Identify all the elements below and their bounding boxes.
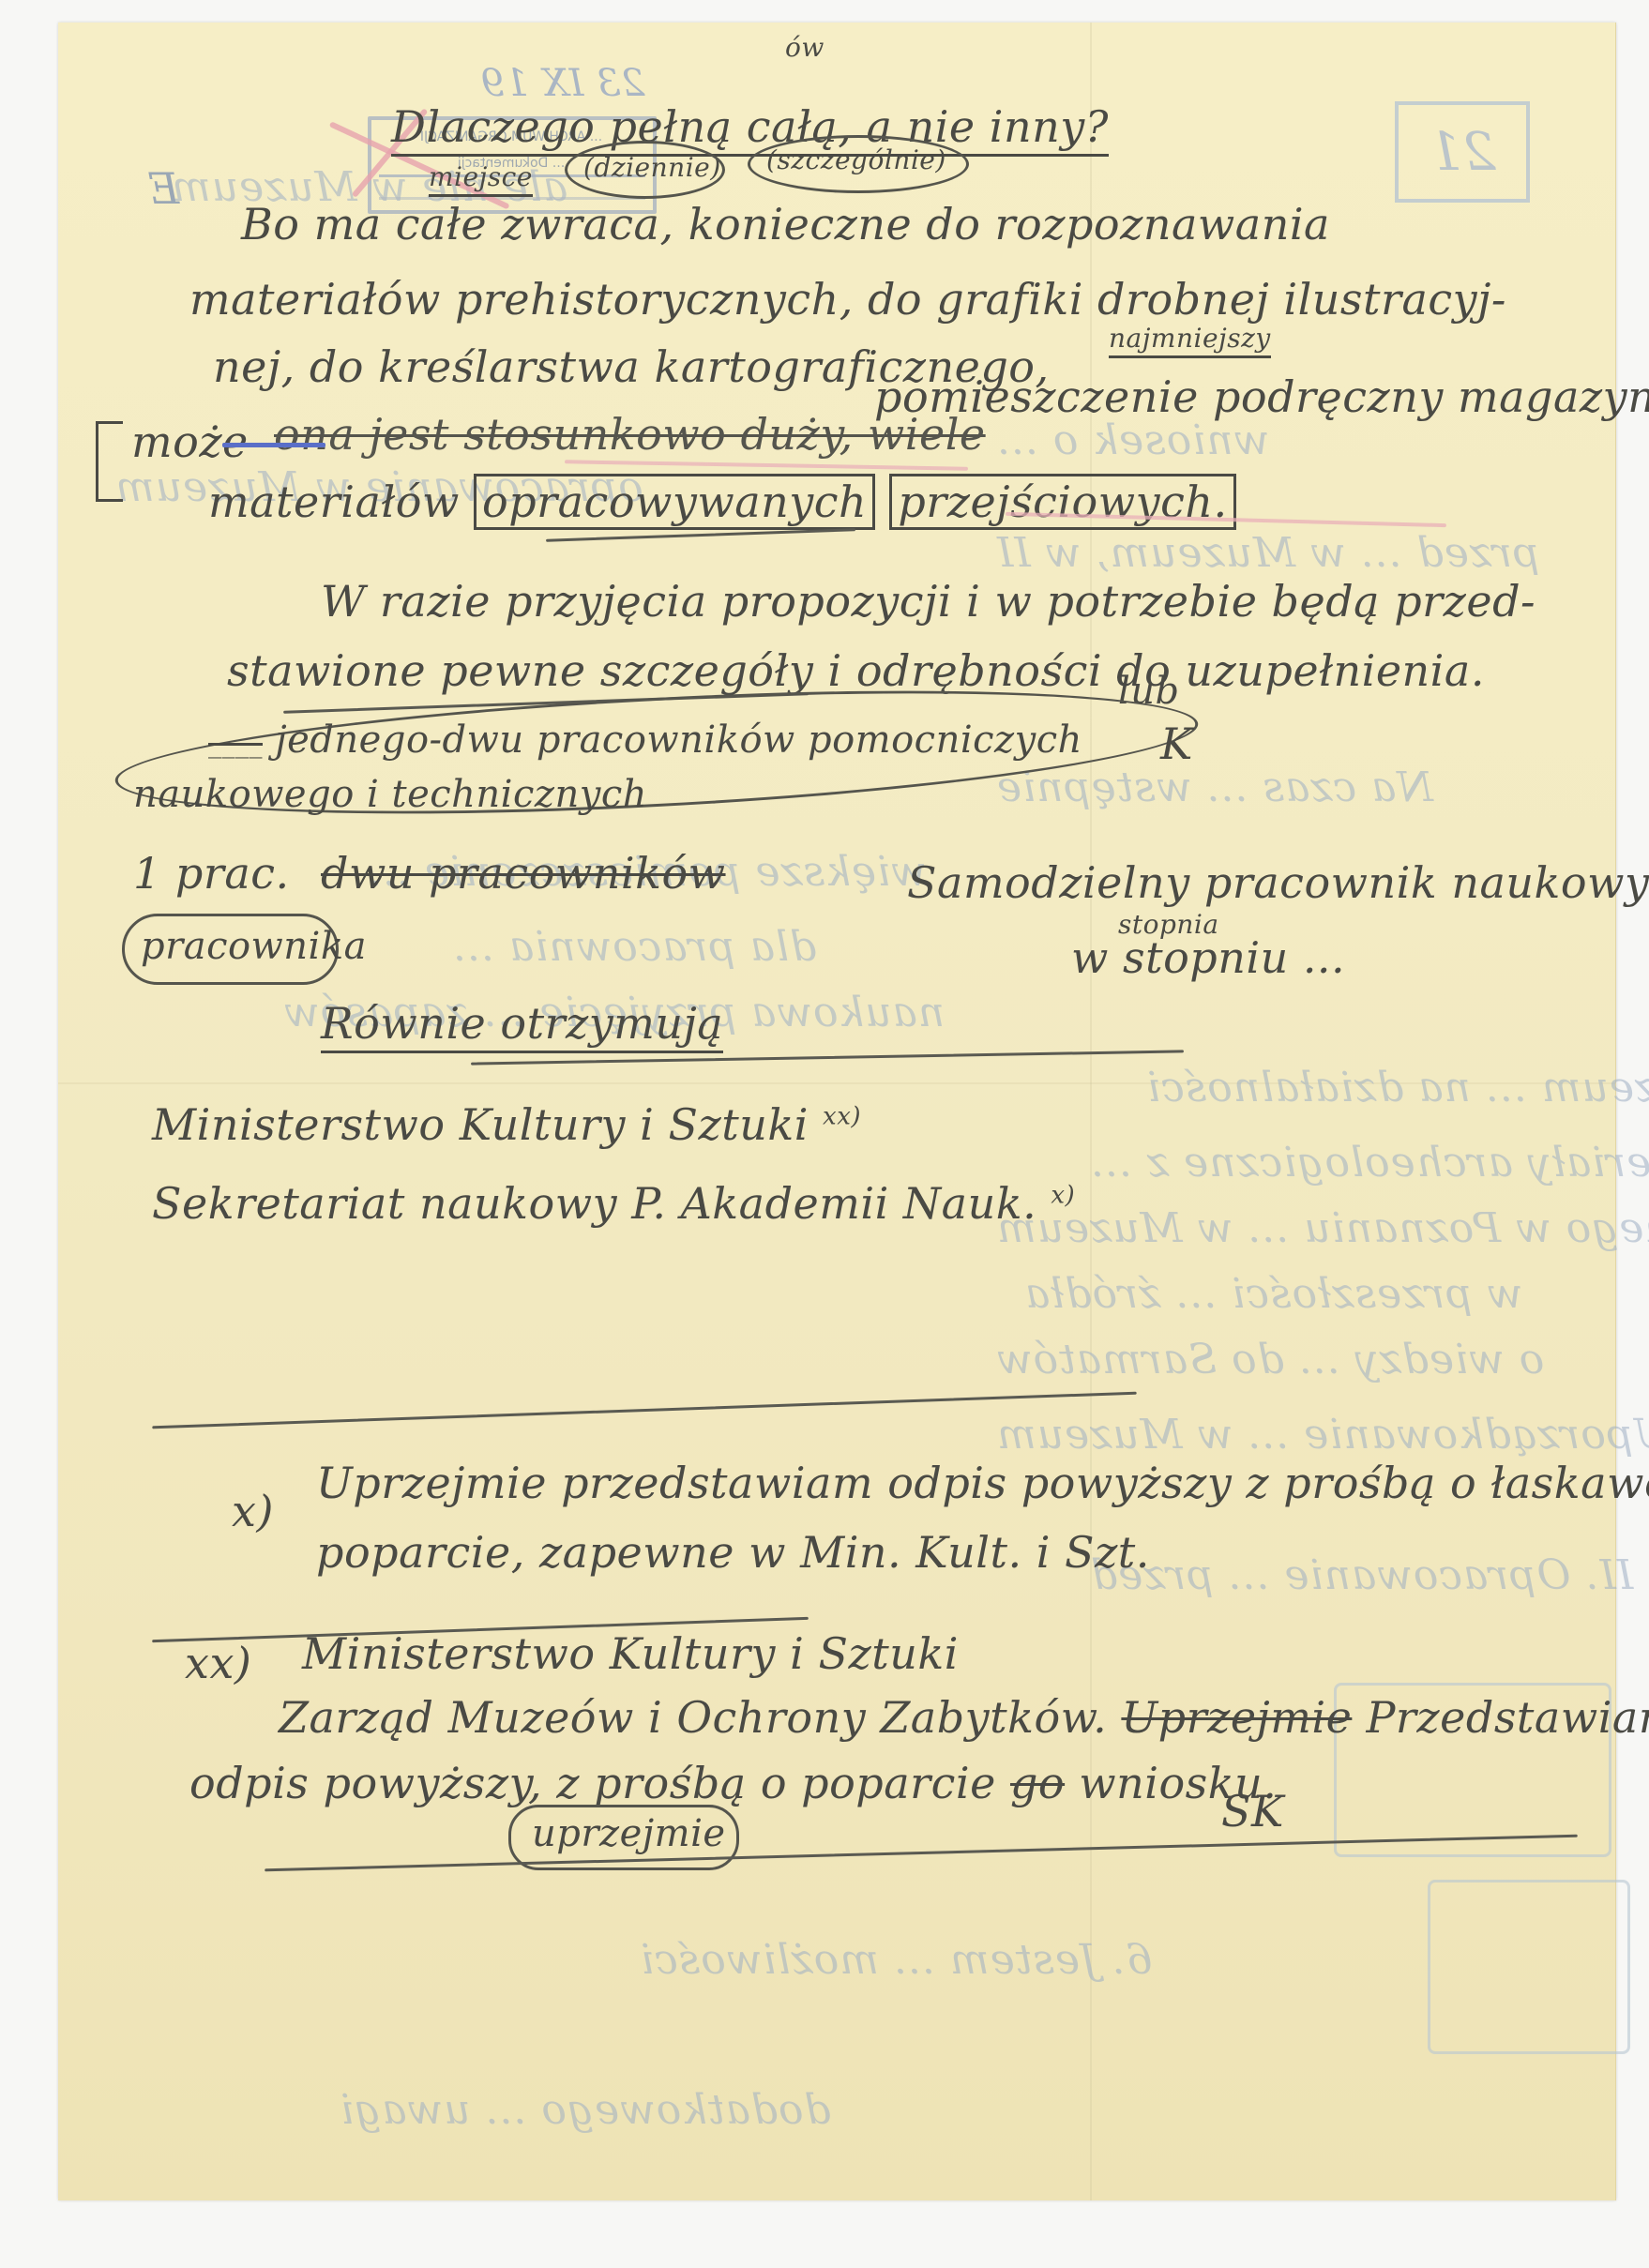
show-through-text: 3. W Muzeum ... na działalności (1146, 1064, 1649, 1111)
boxed-przejsciowych: przejściowych. (889, 474, 1235, 530)
show-through-text: przed ... w Muzeum, w II (996, 529, 1539, 577)
show-through-text: Na czas ... wstępnie (996, 764, 1433, 811)
footnote1-mark: x) (232, 1486, 274, 1536)
footnote2-struck-go: go (1010, 1758, 1065, 1808)
para1-line1: Bo ma całe zwraca, konieczne do rozpozna… (241, 199, 1330, 249)
show-through-text: dla pracownia ... (452, 923, 816, 971)
page-number: 21 (1399, 122, 1526, 183)
para2-circled-word: pracownika (141, 925, 367, 968)
para2-line4-right: w stopniu ... (1071, 932, 1345, 983)
para1-line5: materiałów opracowywanych przejściowych. (208, 476, 1236, 527)
para2-line3-struck: dwu pracowników (321, 848, 726, 899)
show-through-text: o wiedzy ... do Sarmatów (996, 1336, 1544, 1383)
para2-line1: W razie przyjęcia propozycji i w potrzeb… (321, 576, 1536, 627)
margin-initial: E (147, 163, 179, 214)
insertion-loop (565, 141, 725, 199)
para2-line3-right: Samodzielny pracownik naukowy (907, 857, 1649, 908)
footnote2-mark: xx) (185, 1638, 251, 1688)
para2-line3-prefix: 1 prac. (133, 848, 290, 899)
show-through-box (1428, 1880, 1630, 2054)
footnote-ref-x: x) (1051, 1182, 1075, 1210)
insertion-miejsce: miejsce (429, 161, 533, 192)
heading-insertion: ów (785, 32, 824, 63)
insertion-loop (748, 135, 969, 193)
boxed-opracowywanych: opracowywanych (474, 474, 875, 530)
signature-initials: SK (1221, 1786, 1284, 1837)
para1-line4-prefix: może (131, 416, 249, 467)
footnote2-line1: Ministerstwo Kultury i Sztuki (302, 1628, 959, 1679)
recipient-item-1: Ministerstwo Kultury i Sztuki xx) (152, 1099, 861, 1150)
insertion-najmniejszy: najmniejszy (1109, 323, 1271, 354)
show-through-text: w przeszłości ... źródła (1024, 1270, 1522, 1318)
margin-bracket (96, 421, 123, 502)
heading-text: Dlaczego pełną całą, a nie inny? (391, 101, 1109, 157)
check-mark-k: K (1160, 718, 1193, 769)
footnote1-line1: Uprzejmie przedstawiam odpis powyższy z … (316, 1458, 1649, 1508)
footnote2-struck-word: Uprzejmie (1121, 1692, 1352, 1743)
show-through-text: Uporządkowanie ... w Muzeum (996, 1411, 1649, 1459)
divider-line (152, 1392, 1136, 1429)
para1-line2: materiałów prehistorycznych, do grafiki … (189, 274, 1506, 325)
footnote2-line2: Zarząd Muzeów i Ochrony Zabytków. Uprzej… (279, 1692, 1649, 1743)
recipient-item-2: Sekretariat naukowy P. Akademii Nauk. x) (152, 1178, 1075, 1229)
para1-line3b: pomieszczenie podręczny magazyn (874, 371, 1649, 422)
paper-fold-vertical (1090, 23, 1092, 2200)
manuscript-page: ale nie w Muzeum wniosek o ... opracowan… (58, 23, 1616, 2200)
show-through-text: dodatkowego ... uwagi (340, 2086, 831, 2134)
heading: Dlaczego pełną całą, a nie inny? (391, 101, 1109, 152)
recipients-heading: Równie otrzymują (321, 998, 723, 1049)
page-number-box: 21 (1395, 101, 1530, 203)
oval-line2: naukowego i technicznych (133, 773, 647, 816)
show-through-text: 2. Materiały archeologiczne z ... (1090, 1139, 1649, 1187)
blue-pencil-strike (222, 443, 325, 447)
footnote2-line3: odpis powyższy, z prośbą o poparcie go w… (189, 1758, 1277, 1808)
oval-line1: ____ jednego-dwu pracowników pomocniczyc… (208, 718, 1082, 762)
footnote-ref-xx: xx) (823, 1103, 861, 1131)
show-through-text: II. Opracowanie ... przed (1090, 1551, 1633, 1599)
show-through-text: jednego w Poznaniu ... w Muzeum (996, 1204, 1649, 1252)
date-show-through: 23 IX 19 (480, 62, 645, 105)
para2-line2: stawione pewne szczegóły i odrębności do… (227, 645, 1485, 696)
footnote1-line2: poparcie, zapewne w Min. Kult. i Szt. (316, 1527, 1150, 1578)
show-through-text: wniosek o ... (996, 416, 1269, 464)
show-through-text: 6. Jestem ... możliwości (640, 1936, 1153, 1984)
para1-line4-struck: ona jest stosunkowo duży, wiele (274, 409, 986, 460)
divider-line (546, 528, 855, 542)
footnote2-circled-insertion: uprzejmie (532, 1812, 726, 1855)
